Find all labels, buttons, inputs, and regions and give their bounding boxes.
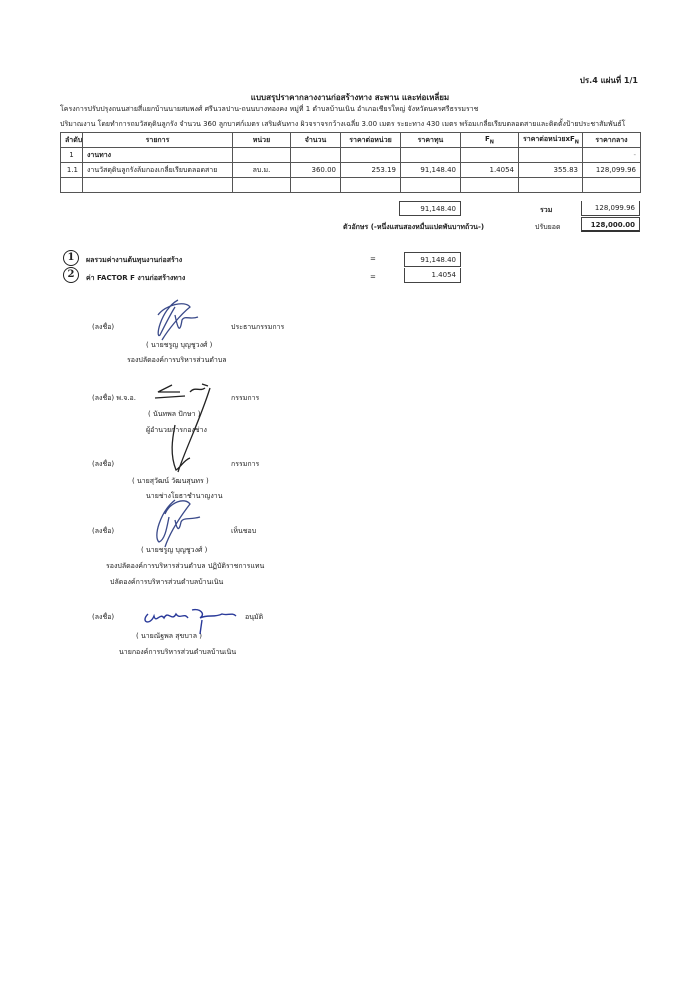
cell-no: [61, 178, 83, 193]
fn-sub: N: [490, 139, 494, 145]
cell-item: งานทาง: [83, 148, 233, 163]
col-unit-fn: ราคาต่อหน่วยxFN: [519, 133, 583, 148]
col-no: ลำดับ: [61, 133, 83, 148]
project-description: โครงการปรับปรุงถนนสายสี่แยกบ้านนายสมพงศ์…: [60, 104, 478, 115]
sign-name: ( นายสุวัฒน์ วัฒนสุนทร ): [132, 476, 209, 487]
cell-unit-price: [341, 148, 401, 163]
cell-unit-fn: [519, 178, 583, 193]
cell-cost: [401, 148, 461, 163]
sign-position: ปลัดองค์การบริหารส่วนตำบลบ้านเนิน: [110, 577, 223, 588]
cell-median: 128,099.96: [583, 163, 641, 178]
summary-label-2: ค่า FACTOR F งานก่อสร้างทาง: [86, 273, 185, 284]
cell-unit-fn: [519, 148, 583, 163]
sign-prefix: (ลงชื่อ): [92, 612, 114, 623]
sign-prefix: (ลงชื่อ) พ.จ.อ.: [92, 393, 136, 404]
summary-eq-1: =: [370, 255, 376, 263]
summary-eq-2: =: [370, 273, 376, 281]
table-header-row: ลำดับ รายการ หน่วย จำนวน ราคาต่อหน่วย รา…: [61, 133, 641, 148]
col-qty: จำนวน: [291, 133, 341, 148]
sign-role: อนุมัติ: [245, 612, 263, 623]
cell-fn: [461, 178, 519, 193]
summary-value-1: 91,148.40: [404, 252, 461, 267]
adjusted-label: ปรับยอด: [535, 222, 561, 233]
sign-role: เห็นชอบ: [231, 526, 256, 537]
cell-item: [83, 178, 233, 193]
sign-position: นายกองค์การบริหารส่วนตำบลบ้านเนิน: [119, 647, 236, 658]
adjusted-value: 128,000.00: [581, 217, 640, 232]
sheet-number: ปร.4 แผ่นที่ 1/1: [580, 74, 638, 87]
marker-2-icon: 2: [63, 267, 79, 283]
signature-icon: [140, 604, 240, 639]
amount-in-words: ตัวอักษร (-หนึ่งแสนสองหมื่นแปดพันบาทถ้วน…: [343, 222, 484, 233]
table-row: 1.1งานวัสดุดินลูกรังล้มกองเกลี่ยเรียบตลอ…: [61, 163, 641, 178]
sign-role: ประธานกรรมการ: [231, 322, 284, 333]
cell-cost: 91,148.40: [401, 163, 461, 178]
sign-prefix: (ลงชื่อ): [92, 322, 114, 333]
cell-cost: [401, 178, 461, 193]
sign-position: รองปลัดองค์การบริหารส่วนตำบล: [127, 355, 227, 366]
table-row: [61, 178, 641, 193]
sign-position: รองปลัดองค์การบริหารส่วนตำบล ปฏิบัติราชก…: [106, 561, 264, 572]
signature-icon: [145, 492, 215, 552]
table-row: 1งานทาง-: [61, 148, 641, 163]
col-unit: หน่วย: [233, 133, 291, 148]
cost-total: 91,148.40: [399, 201, 461, 216]
cell-unit-price: 253.19: [341, 163, 401, 178]
sum-label: รวม: [540, 205, 552, 216]
cell-qty: [291, 178, 341, 193]
sign-role: กรรมการ: [231, 459, 259, 470]
cell-no: 1.1: [61, 163, 83, 178]
cell-unit: [233, 178, 291, 193]
cell-qty: 360.00: [291, 163, 341, 178]
cell-no: 1: [61, 148, 83, 163]
cell-unit-fn: 355.83: [519, 163, 583, 178]
sign-prefix: (ลงชื่อ): [92, 459, 114, 470]
unitfn-sub: N: [575, 140, 579, 146]
cell-fn: 1.4054: [461, 163, 519, 178]
col-item: รายการ: [83, 133, 233, 148]
cell-unit: [233, 148, 291, 163]
cell-unit: ลบ.ม.: [233, 163, 291, 178]
signature-icon: [150, 295, 210, 345]
cell-qty: [291, 148, 341, 163]
col-unit-price: ราคาต่อหน่วย: [341, 133, 401, 148]
price-summary-table: ลำดับ รายการ หน่วย จำนวน ราคาต่อหน่วย รา…: [60, 132, 641, 193]
sum-value: 128,099.96: [581, 201, 640, 216]
sign-prefix: (ลงชื่อ): [92, 526, 114, 537]
cell-median: [583, 178, 641, 193]
signature-icon: [150, 380, 240, 475]
unitfn-main: ราคาต่อหน่วยxF: [523, 135, 575, 143]
cell-fn: [461, 148, 519, 163]
cell-unit-price: [341, 178, 401, 193]
col-fn: FN: [461, 133, 519, 148]
col-median-price: ราคากลาง: [583, 133, 641, 148]
document-title: แบบสรุปราคากลางงานก่อสร้างทาง สะพาน และท…: [0, 91, 700, 104]
summary-label-1: ผลรวมค่างานต้นทุนงานก่อสร้าง: [86, 255, 182, 266]
col-cost: ราคาทุน: [401, 133, 461, 148]
marker-1-icon: 1: [63, 250, 79, 266]
summary-value-2: 1.4054: [404, 268, 461, 283]
quantity-note: ปริมาณงาน โดยทำการถมวัสดุดินลูกรัง จำนวน…: [60, 119, 625, 130]
cell-item: งานวัสดุดินลูกรังล้มกองเกลี่ยเรียบตลอดสา…: [83, 163, 233, 178]
cell-median: -: [583, 148, 641, 163]
